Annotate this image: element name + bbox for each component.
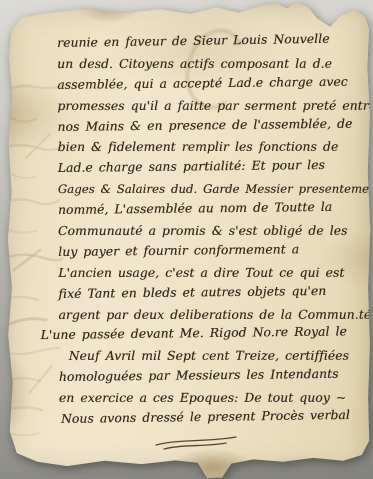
manuscript-line: reunie en faveur de Sieur Louis Nouvelle [57, 28, 361, 54]
closing-flourish-icon [150, 435, 242, 451]
manuscript-line: nommé, L'assemblée au nom de Toutte la [58, 197, 362, 221]
manuscript-line: nos Mains & en presence de l'assemblée, … [57, 113, 361, 137]
manuscript-text-block: reunie en faveur de Sieur Louis Nouvelle… [57, 31, 363, 430]
manuscript-line: homologuées par Messieurs les Intendants [59, 364, 363, 388]
paper-sheet: reunie en faveur de Sieur Louis Nouvelle… [0, 0, 373, 479]
manuscript-line: fixé Tant en bleds et autres objets qu'e… [58, 280, 362, 304]
manuscript-line: L'une passée devant Me. Rigod No.re Roya… [40, 322, 362, 347]
manuscript-line: Lad.e charge sans partialité: Et pour le… [58, 155, 362, 179]
paper-sheet-wrapper: reunie en faveur de Sieur Louis Nouvelle… [0, 0, 373, 479]
manuscript-line: assemblée, qui a accepté Lad.e charge av… [57, 71, 361, 95]
manuscript-line: Nous avons dressé le present Procès verb… [61, 405, 363, 430]
manuscript-line: luy payer et fournir conformement a [58, 238, 362, 262]
photo-of-manuscript: reunie en faveur de Sieur Louis Nouvelle… [0, 0, 373, 479]
